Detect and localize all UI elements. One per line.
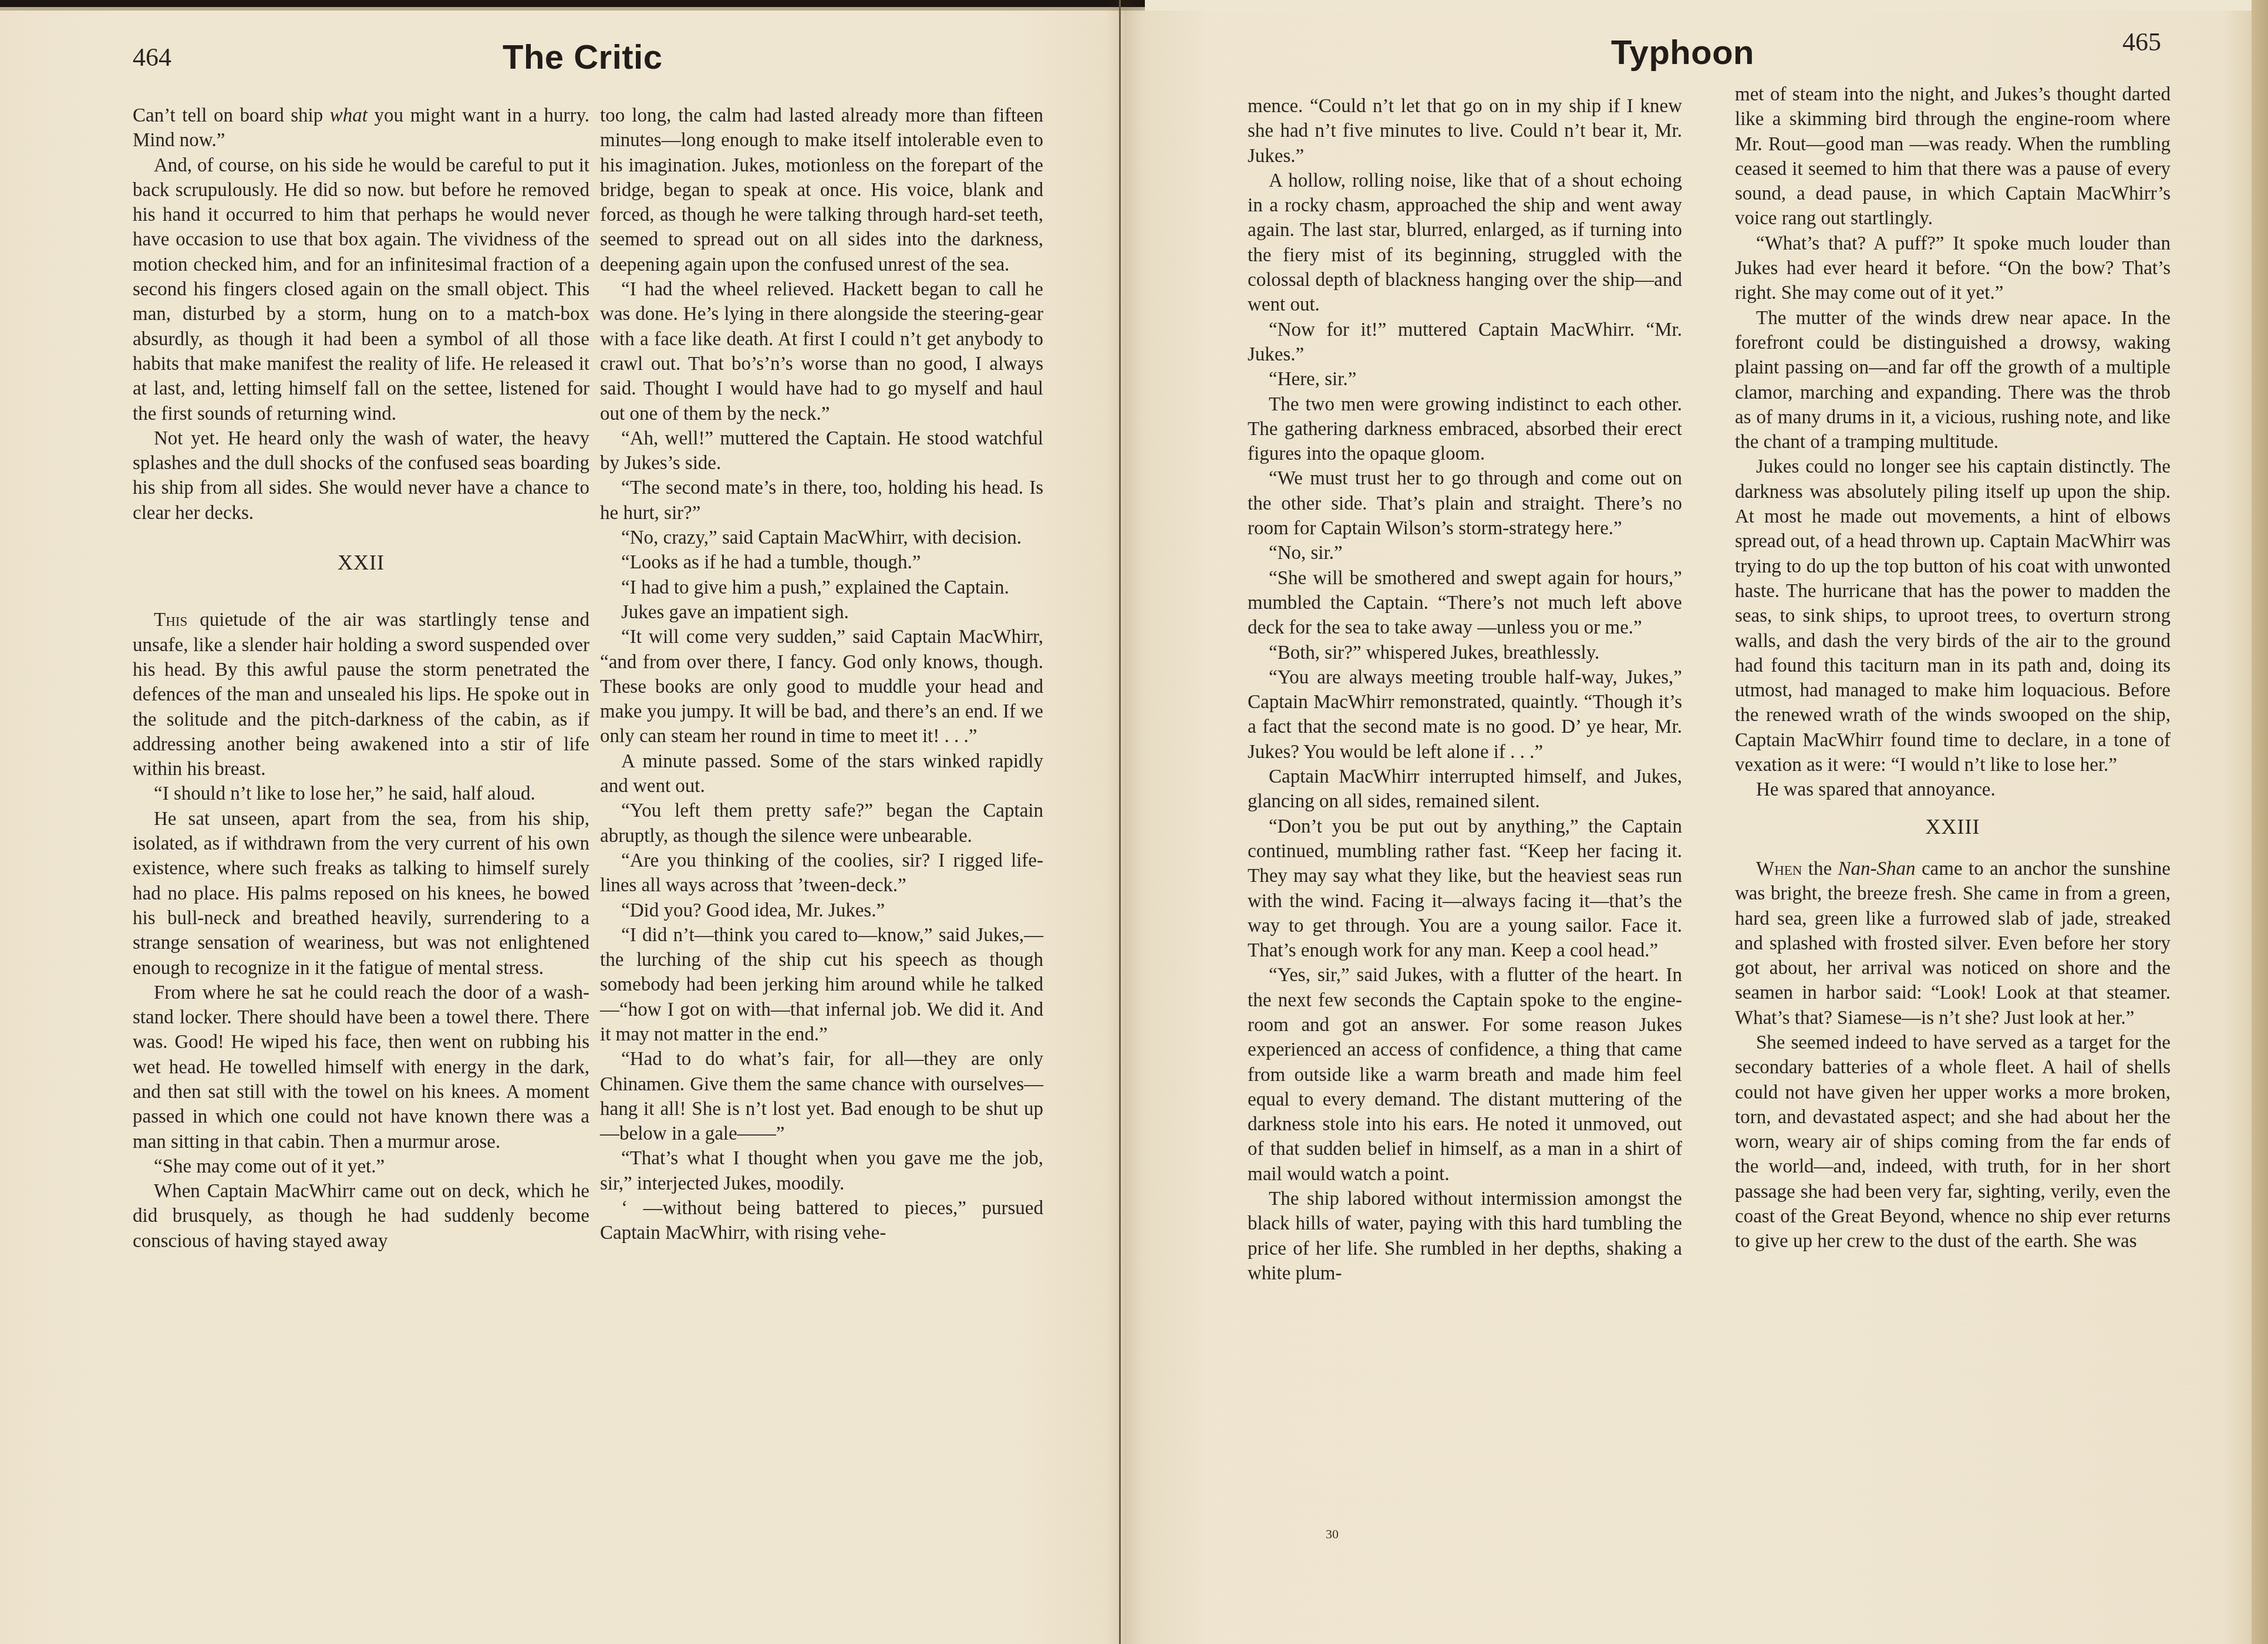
paragraph: He sat unseen, apart from the sea, from … xyxy=(133,807,589,981)
paragraph: “No, crazy,” said Captain MacWhirr, with… xyxy=(600,525,1043,550)
paragraph: “Here, sir.” xyxy=(1248,367,1682,392)
paragraph: A hollow, rolling noise, like that of a … xyxy=(1248,169,1682,318)
page-stack-edge xyxy=(2252,0,2268,1644)
paragraph: “Did you? Good idea, Mr. Jukes.” xyxy=(600,898,1043,923)
paragraph: “Don’t you be put out by anything,” the … xyxy=(1248,814,1682,964)
paragraph: From where he sat he could reach the doo… xyxy=(133,981,589,1154)
signature-mark: 30 xyxy=(1326,1527,1339,1542)
paragraph: “I did n’t—think you cared to—know,” sai… xyxy=(600,923,1043,1047)
paragraph: “I had to give him a push,” explained th… xyxy=(600,575,1043,600)
paragraph: “You left them pretty safe?” began the C… xyxy=(600,799,1043,848)
paragraph: “We must trust her to go through and com… xyxy=(1248,466,1682,541)
paragraph: “No, sir.” xyxy=(1248,541,1682,565)
paragraph: The ship labored without intermission am… xyxy=(1248,1187,1682,1286)
paragraph: “Yes, sir,” said Jukes, with a flutter o… xyxy=(1248,963,1682,1187)
paragraph: “Had to do what’s fair, for all—they are… xyxy=(600,1047,1043,1146)
scanner-top-edge xyxy=(0,0,1145,7)
paragraph: mence. “Could n’t let that go on in my s… xyxy=(1248,94,1682,169)
paragraph: He was spared that annoyance. xyxy=(1735,777,2171,802)
paragraph: “Are you thinking of the coolies, sir? I… xyxy=(600,848,1043,898)
page-number-left: 464 xyxy=(133,42,171,72)
chapter-opening-word: When xyxy=(1756,858,1802,880)
paragraph: “What’s that? A puff?” It spoke much lou… xyxy=(1735,231,2171,306)
running-head-left: The Critic xyxy=(503,38,663,77)
paragraph: “Ah, well!” muttered the Captain. He sto… xyxy=(600,426,1043,476)
paragraph: When Captain MacWhirr came out on deck, … xyxy=(133,1179,589,1254)
paragraph: “That’s what I thought when you gave me … xyxy=(600,1146,1043,1196)
paragraph: “Now for it!” muttered Captain MacWhirr.… xyxy=(1248,318,1682,368)
paragraph: When the Nan-Shan came to an anchor the … xyxy=(1735,857,2171,1030)
column-right-page-2: met of steam into the night, and Jukes’s… xyxy=(1735,82,2171,1254)
paragraph: And, of course, on his side he would be … xyxy=(133,153,589,426)
paragraph: “I should n’t like to lose her,” he said… xyxy=(133,781,589,806)
emphasis: what xyxy=(330,105,368,126)
paragraph: The mutter of the winds drew near apace.… xyxy=(1735,306,2171,455)
column-left-page-2: too long, the calm had lasted already mo… xyxy=(600,103,1043,1246)
paragraph: met of steam into the night, and Jukes’s… xyxy=(1735,82,2171,231)
paragraph: The two men were growing indistinct to e… xyxy=(1248,392,1682,467)
paragraph: ‘ —without being battered to pieces,” pu… xyxy=(600,1196,1043,1246)
paragraph: “She will be smothered and swept again f… xyxy=(1248,566,1682,641)
paragraph: Not yet. He heard only the wash of water… xyxy=(133,426,589,525)
chapter-opening-word: This xyxy=(154,609,187,631)
paragraph: “You are always meeting trouble half-way… xyxy=(1248,665,1682,764)
paragraph: This quietude of the air was startlingly… xyxy=(133,608,589,781)
paragraph: Jukes could no longer see his captain di… xyxy=(1735,454,2171,777)
page-number-right: 465 xyxy=(2122,27,2161,57)
paragraph: “Looks as if he had a tumble, though.” xyxy=(600,550,1043,575)
paragraph: Can’t tell on board ship what you might … xyxy=(133,103,589,153)
book-gutter xyxy=(1119,0,1121,1644)
chapter-heading: XXIII xyxy=(1735,814,2171,839)
paragraph: “The second mate’s in there, too, holdin… xyxy=(600,476,1043,525)
running-head-right: Typhoon xyxy=(1611,33,1754,72)
gutter-shadow xyxy=(1107,0,1142,1644)
column-right-page-1: mence. “Could n’t let that go on in my s… xyxy=(1248,94,1682,1286)
paragraph: too long, the calm had lasted already mo… xyxy=(600,103,1043,277)
ship-name: Nan-Shan xyxy=(1838,858,1916,880)
paragraph: “It will come very sudden,” said Captain… xyxy=(600,625,1043,749)
paragraph: “She may come out of it yet.” xyxy=(133,1154,589,1179)
paragraph: Captain MacWhirr interrupted himself, an… xyxy=(1248,764,1682,814)
paragraph: Jukes gave an impatient sigh. xyxy=(600,600,1043,625)
paragraph: A minute passed. Some of the stars winke… xyxy=(600,749,1043,799)
paragraph: “Both, sir?” whispered Jukes, breathless… xyxy=(1248,641,1682,665)
paragraph: She seemed indeed to have served as a ta… xyxy=(1735,1030,2171,1254)
chapter-heading: XXII xyxy=(133,550,589,575)
paragraph: “I had the wheel relieved. Hackett began… xyxy=(600,277,1043,426)
column-left-page-1: Can’t tell on board ship what you might … xyxy=(133,103,589,1254)
